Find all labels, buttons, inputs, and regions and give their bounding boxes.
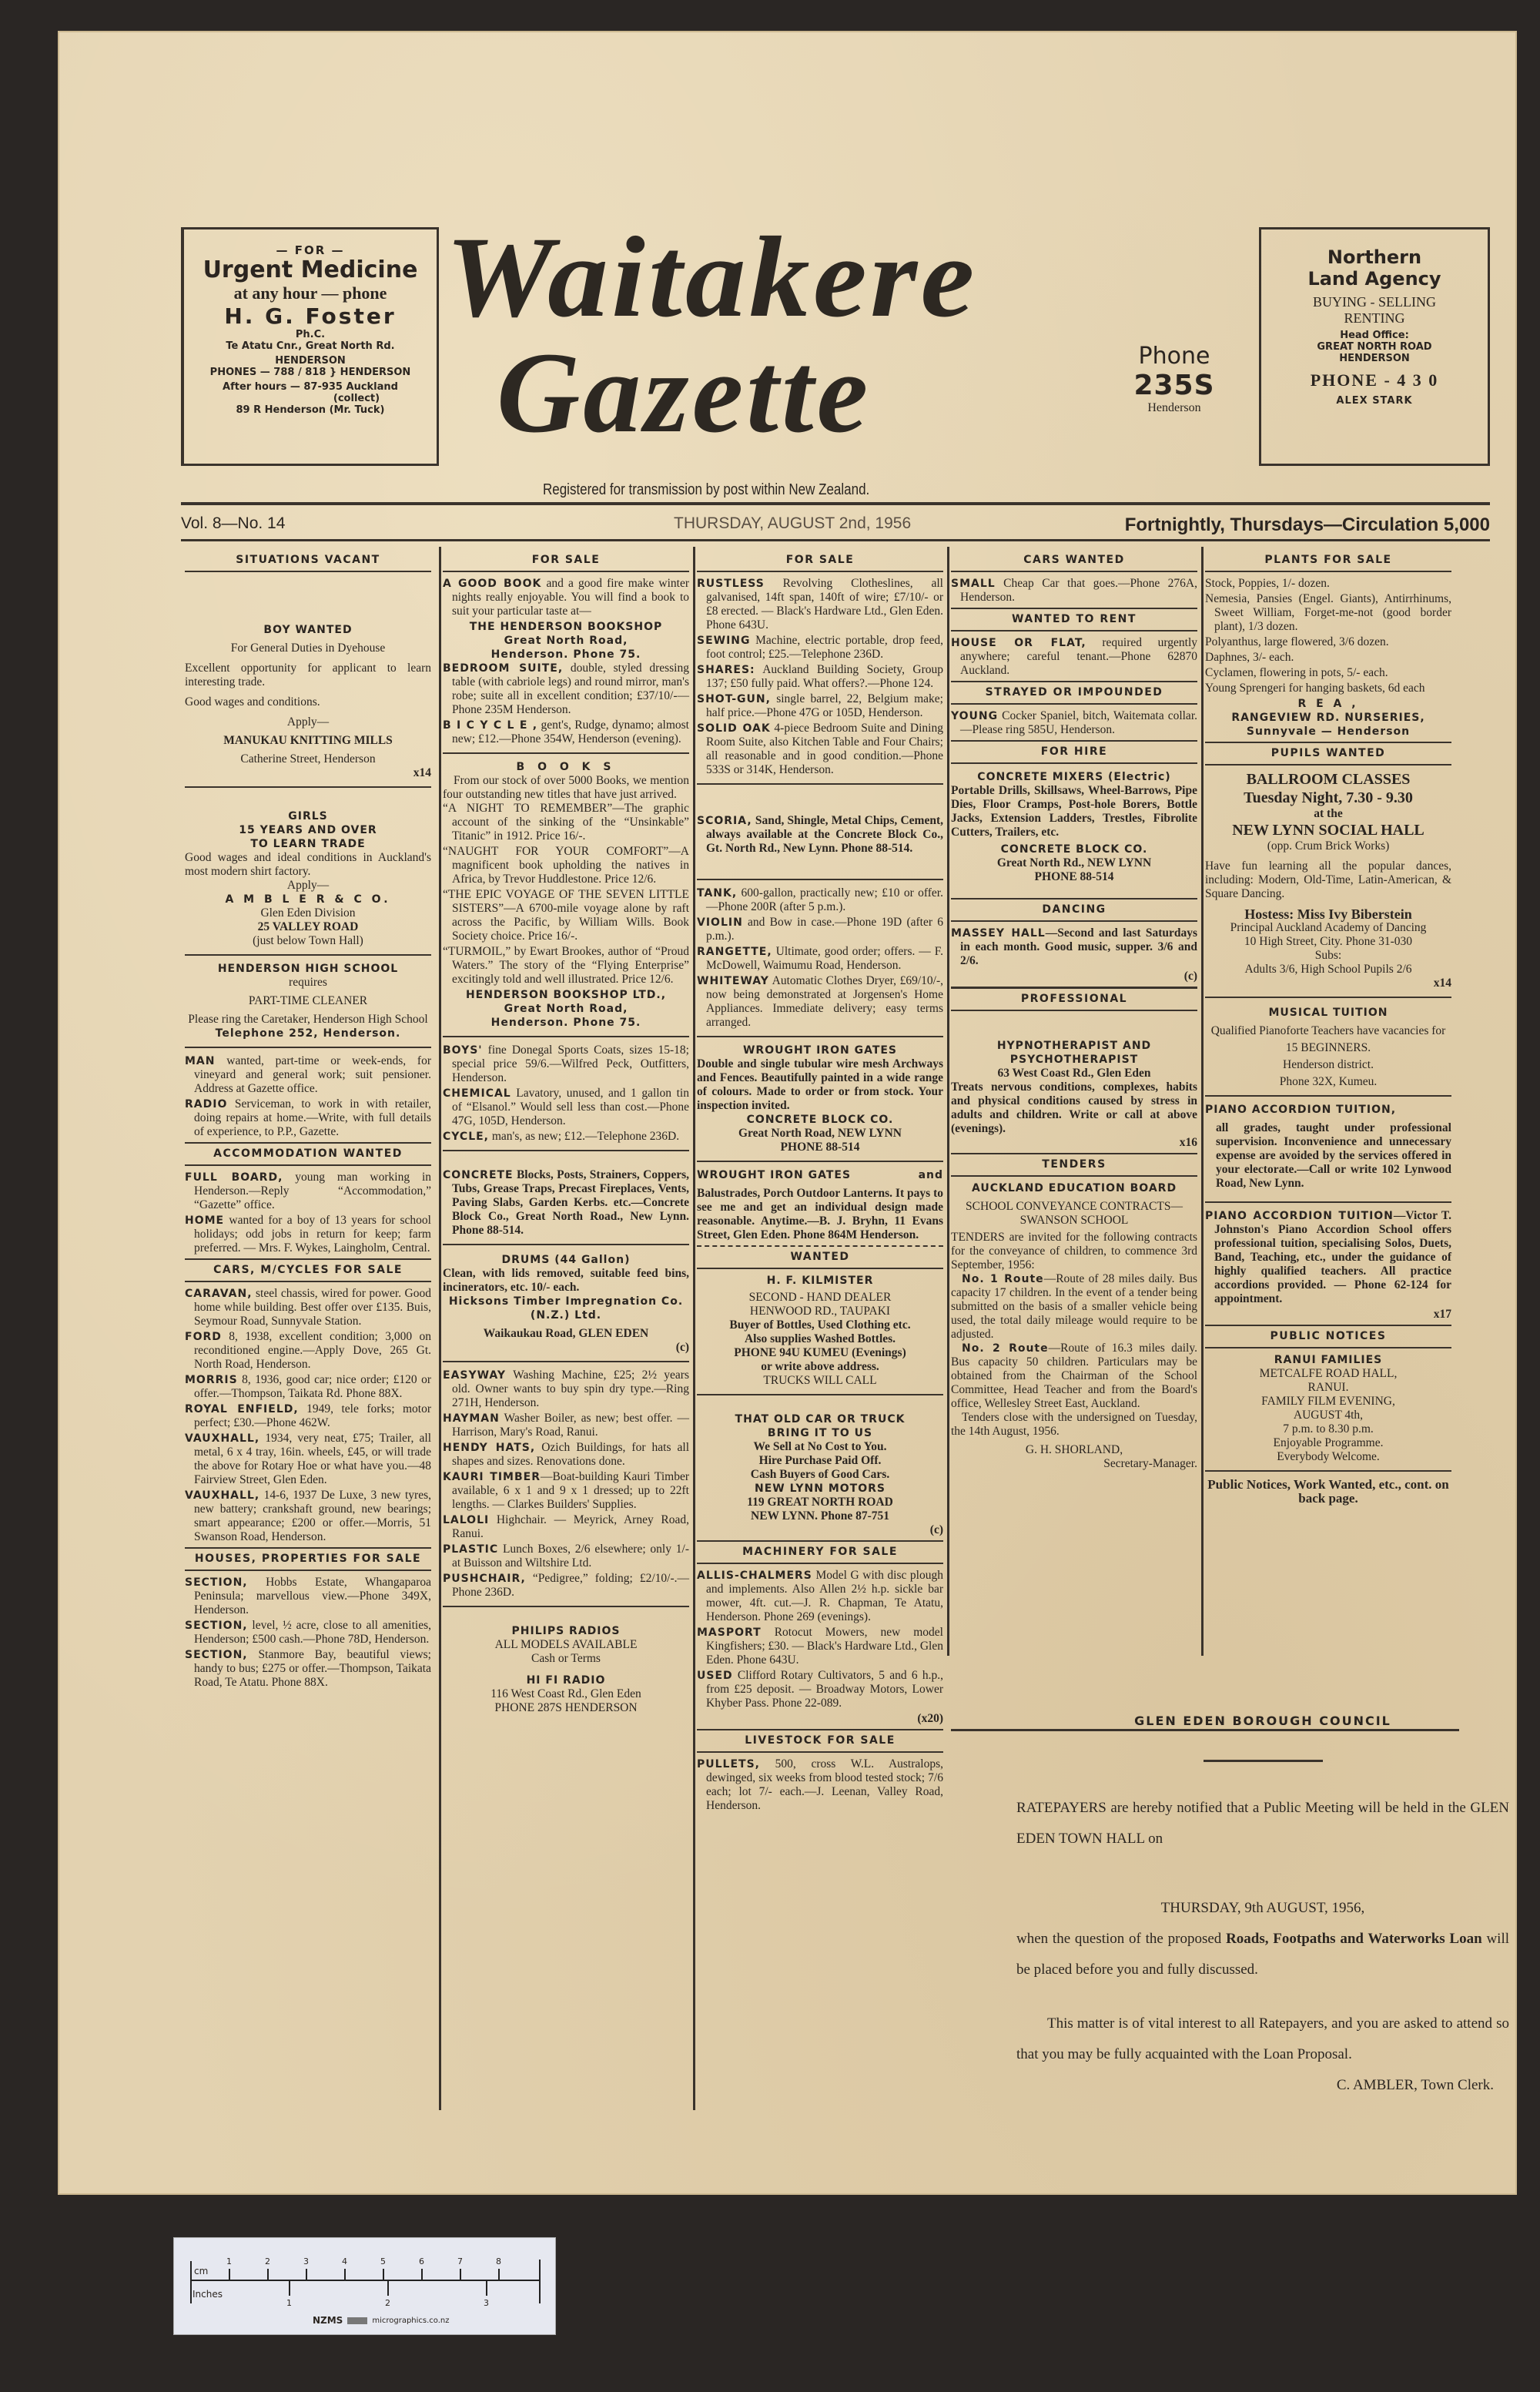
ad-keyword: USED <box>697 1670 733 1682</box>
ad-text: 8, 1938, excellent condition; 3,000 on r… <box>194 1330 431 1371</box>
ad-text: SCHOOL CONVEYANCE CONTRACTS—SWANSON SCHO… <box>951 1200 1197 1228</box>
column-plants: PLANTS FOR SALE Stock, Poppies, 1/- doze… <box>1205 547 1451 1506</box>
ad-text: Please ring the Caretaker, Henderson Hig… <box>185 1013 431 1027</box>
ad-phone: NEW LYNN. Phone 87-751 <box>697 1509 943 1523</box>
ad-title: HI FI RADIO <box>443 1673 689 1687</box>
ad-text: Enjoyable Programme. <box>1205 1436 1451 1450</box>
ruler-tick: 6 <box>419 2256 424 2266</box>
ad-keyword: SHOT-GUN, <box>697 693 771 705</box>
ad-code: (c) <box>443 1341 689 1355</box>
ad-keyword: A GOOD BOOK <box>443 578 541 590</box>
divider <box>1205 1470 1451 1472</box>
council-notice: GLEN EDEN BOROUGH COUNCIL RATEPAYERS are… <box>1009 1667 1517 2101</box>
section-heading: ACCOMMODATION WANTED <box>185 1142 431 1166</box>
ear-for: — FOR — <box>192 243 429 257</box>
ad-keyword: SCORIA, <box>697 815 752 827</box>
ad-code: x16 <box>951 1136 1197 1150</box>
section-heading: PLANTS FOR SALE <box>1205 550 1451 572</box>
ad-firm: CONCRETE BLOCK CO. <box>697 1113 943 1127</box>
divider <box>443 752 689 754</box>
ad-text: (opp. Crum Brick Works) <box>1205 839 1451 853</box>
ruler-tick: 1 <box>226 2256 232 2266</box>
ad-keyword: BOYS' <box>443 1044 483 1057</box>
section-heading: FOR HIRE <box>951 740 1197 764</box>
ear-after-hours: After hours — 87-935 Auckland <box>192 381 429 393</box>
ad-text: (just below Town Hall) <box>185 934 431 948</box>
volume-number: Vol. 8—No. 14 <box>181 514 285 533</box>
ear-address: Te Atatu Cnr., Great North Rd. <box>192 340 429 352</box>
divider <box>443 1361 689 1362</box>
ruler-tick: 1 <box>286 2298 292 2308</box>
ad-text: TRUCKS WILL CALL <box>697 1374 943 1388</box>
section-heading: WANTED <box>697 1245 943 1269</box>
ad-text: Treats nervous conditions, complexes, ha… <box>951 1080 1197 1136</box>
brand-name: NZMS <box>313 2315 343 2326</box>
ruler-tick: 7 <box>457 2256 463 2266</box>
agency-person: ALEX STARK <box>1269 395 1480 407</box>
ad-text: ALL MODELS AVAILABLE <box>443 1638 689 1652</box>
ad-firm: H. F. KILMISTER <box>697 1274 943 1288</box>
ad-text: We Sell at No Cost to You. <box>697 1440 943 1454</box>
column-for-sale-2: FOR SALE RUSTLESS Revolving Clotheslines… <box>697 547 943 1814</box>
ad-keyword: SHARES: <box>697 664 755 676</box>
ad-text: Cash Buyers of Good Cars. <box>697 1468 943 1482</box>
ad-keyword: RANGETTE, <box>697 946 772 958</box>
agency-address: GREAT NORTH ROAD <box>1269 341 1480 353</box>
ruler-tick: 2 <box>385 2298 390 2308</box>
plant-listing: Stock, Poppies, 1/- dozen. <box>1205 577 1451 591</box>
ad-keyword: YOUNG <box>951 710 998 722</box>
divider <box>443 1036 689 1037</box>
ad-keyword: HOUSE OR FLAT, <box>951 637 1086 649</box>
ad-title: MUSICAL TUITION <box>1205 1006 1451 1020</box>
ad-title: DRUMS (44 Gallon) <box>443 1253 689 1267</box>
ruler-tick: 2 <box>265 2256 270 2266</box>
loan-name: Roads, Footpaths and Waterworks Loan <box>1226 1931 1482 1947</box>
ad-text: Great North Rd., NEW LYNN <box>951 856 1197 870</box>
divider <box>185 954 431 956</box>
section-heading: CARS WANTED <box>951 550 1197 572</box>
left-ear-advert: — FOR — Urgent Medicine at any hour — ph… <box>181 227 439 466</box>
ear-collect: (collect) <box>192 393 429 404</box>
ad-title: BALLROOM CLASSES <box>1205 770 1451 789</box>
ruler-tick: 8 <box>496 2256 501 2266</box>
newspaper-page: — FOR — Urgent Medicine at any hour — ph… <box>58 31 1517 2195</box>
ad-firm: R E A , <box>1205 697 1451 711</box>
ad-title: WROUGHT IRON GATES <box>697 1168 851 1182</box>
divider <box>697 879 943 880</box>
ad-keyword: RADIO <box>185 1098 227 1111</box>
ad-text: 7 p.m. to 8.30 p.m. <box>1205 1422 1451 1436</box>
issue-date: THURSDAY, AUGUST 2nd, 1956 <box>674 514 911 533</box>
agency-services: BUYING - SELLING <box>1269 294 1480 310</box>
ad-text: 116 West Coast Rd., Glen Eden <box>443 1687 689 1701</box>
ad-phone: Telephone 252, Henderson. <box>185 1027 431 1040</box>
brand-logo-icon <box>347 2317 367 2324</box>
ad-phone: PHONE 94U KUMEU (Evenings) <box>697 1346 943 1360</box>
ad-text: 63 West Coast Rd., Glen Eden <box>951 1067 1197 1080</box>
book-listing: “NAUGHT FOR YOUR COMFORT”—A magnificent … <box>443 845 689 886</box>
column-divider <box>439 547 441 2110</box>
scale-ruler: cm Inches 1 2 3 4 5 6 7 8 1 2 3 NZMS mic… <box>173 2237 556 2335</box>
ad-keyword: SOLID OAK <box>697 722 771 735</box>
ad-text: wanted, part-time or week-ends, for vine… <box>194 1054 431 1095</box>
ad-text: For General Duties in Dyehouse <box>185 642 431 655</box>
town-clerk-signature: C. AMBLER, Town Clerk. <box>1009 2070 1517 2101</box>
phone-label: Phone <box>1128 343 1220 370</box>
divider <box>1205 1095 1451 1097</box>
ad-text: SECOND - HAND DEALER <box>697 1291 943 1305</box>
ad-text: AUGUST 4th, <box>1205 1409 1451 1422</box>
plant-listing: Nemesia, Pansies (Engel. Giants), Antirr… <box>1205 592 1451 634</box>
column-wanted: CARS WANTED SMALL Cheap Car that goes.—P… <box>951 547 1197 1471</box>
section-heading: PUPILS WANTED <box>1205 742 1451 766</box>
ad-text: TENDERS are invited for the following co… <box>951 1231 1197 1272</box>
ad-keyword: HAYMAN <box>443 1412 500 1425</box>
notice-underline <box>1204 1760 1323 1762</box>
phone-town: Henderson <box>1128 401 1220 415</box>
ad-text: Buyer of Bottles, Used Clothing etc. <box>697 1318 943 1332</box>
ad-keyword: CARAVAN, <box>185 1288 253 1300</box>
book-listing: “TURMOIL,” by Ewart Brookes, author of “… <box>443 945 689 987</box>
plant-listing: Daphnes, 3/- each. <box>1205 651 1451 665</box>
ad-title: GIRLS <box>185 809 431 823</box>
column-divider <box>1201 547 1204 1656</box>
ad-keyword: MASSEY HALL <box>951 927 1046 940</box>
ad-firm: HENDERSON BOOKSHOP LTD., <box>443 988 689 1002</box>
ad-keyword: SMALL <box>951 578 996 590</box>
ad-title: WROUGHT IRON GATES <box>697 1044 943 1057</box>
column-divider <box>947 547 949 1656</box>
section-heading: FOR SALE <box>443 550 689 572</box>
ad-text: Great North Road, NEW LYNN <box>697 1127 943 1141</box>
ad-title: PHILIPS RADIOS <box>443 1624 689 1638</box>
ad-phone: PHONE 88-514 <box>697 1141 943 1154</box>
ad-keyword: FULL BOARD, <box>185 1171 283 1184</box>
ad-phone: 10 High Street, City. Phone 31-030 <box>1205 935 1451 949</box>
plant-listing: Polyanthus, large flowered, 3/6 dozen. <box>1205 635 1451 649</box>
ad-keyword: ALLIS-CHALMERS <box>697 1570 812 1582</box>
ad-text: Also supplies Washed Bottles. <box>697 1332 943 1346</box>
registration-note: Registered for transmission by post with… <box>543 481 869 499</box>
ear-alt: 89 R Henderson (Mr. Tuck) <box>192 404 429 416</box>
divider <box>443 1150 689 1151</box>
section-heading: HOUSES, PROPERTIES FOR SALE <box>185 1547 431 1571</box>
ad-firm: MANUKAU KNITTING MILLS <box>185 734 431 748</box>
masthead: — FOR — Urgent Medicine at any hour — ph… <box>181 227 1490 497</box>
ad-keyword: CHEMICAL <box>443 1087 511 1100</box>
plant-listing: Cyclamen, flowering in pots, 5/- each. <box>1205 666 1451 680</box>
ad-keyword: No. 2 Route <box>962 1342 1049 1355</box>
section-heading: PROFESSIONAL <box>951 987 1197 1011</box>
ear-phones: PHONES — 788 / 818 } HENDERSON <box>192 367 429 378</box>
ad-text: Henderson district. <box>1205 1058 1451 1072</box>
ad-text: Cheap Car that goes.—Phone 276A, Henders… <box>960 577 1197 604</box>
ad-keyword: PLASTIC <box>443 1543 498 1556</box>
ad-keyword: FORD <box>185 1331 222 1343</box>
ad-text: Qualified Pianoforte Teachers have vacan… <box>1205 1024 1451 1038</box>
divider <box>443 1244 689 1245</box>
divider <box>185 1047 431 1048</box>
dateline: Vol. 8—No. 14 THURSDAY, AUGUST 2nd, 1956… <box>181 514 1490 538</box>
ad-firm: NEW LYNN MOTORS <box>697 1482 943 1496</box>
ad-text: Apply— <box>185 879 431 893</box>
section-heading: MACHINERY FOR SALE <box>697 1540 943 1564</box>
section-heading: SITUATIONS VACANT <box>185 550 431 572</box>
ad-keyword: SECTION, <box>185 1620 248 1632</box>
divider <box>697 1161 943 1162</box>
circulation: Fortnightly, Thursdays—Circulation 5,000 <box>1125 514 1490 536</box>
ruler-tick: 3 <box>484 2298 489 2308</box>
ear-line2: at any hour — phone <box>192 283 429 303</box>
column-divider <box>693 547 695 2110</box>
agency-head-office: Head Office: <box>1269 330 1480 341</box>
ad-keyword: SECTION, <box>185 1649 248 1661</box>
section-heading: TENDERS <box>951 1153 1197 1177</box>
ad-text: requires <box>185 976 431 990</box>
ad-keyword: SECTION, <box>185 1576 248 1589</box>
ruler-tick: 3 <box>303 2256 309 2266</box>
ad-text: Portable Drills, Skillsaws, Wheel-Barrow… <box>951 784 1197 839</box>
ad-text: Everybody Welcome. <box>1205 1450 1451 1464</box>
ad-title: Tuesday Night, 7.30 - 9.30 <box>1205 789 1451 807</box>
ad-code: (c) <box>951 970 1197 983</box>
ad-keyword: VAUXHALL, <box>185 1489 259 1502</box>
agency-name2: Land Agency <box>1269 268 1480 290</box>
section-heading: CARS, M/CYCLES FOR SALE <box>185 1258 431 1282</box>
notice-title: GLEN EDEN BOROUGH COUNCIL <box>1009 1706 1517 1737</box>
notice-text: when the question of the proposed <box>1016 1931 1226 1947</box>
ad-keyword: EASYWAY <box>443 1369 506 1382</box>
ad-firm: Hicksons Timber Impregnation Co. (N.Z.) … <box>443 1295 689 1322</box>
ad-text: HENWOOD RD., TAUPAKI <box>697 1305 943 1318</box>
ear-qual: Ph.C. <box>192 329 429 340</box>
ad-keyword: VIOLIN <box>697 916 743 929</box>
ad-keyword: MORRIS <box>185 1374 238 1386</box>
ruler-tick: 5 <box>380 2256 386 2266</box>
ad-text: wanted for a boy of 13 years for school … <box>194 1214 431 1255</box>
ad-text: or write above address. <box>697 1360 943 1374</box>
ad-keyword: HOME <box>185 1214 224 1227</box>
ad-text: Glen Eden Division <box>185 906 431 920</box>
brand-site: micrographics.co.nz <box>372 2317 449 2325</box>
ad-keyword: SEWING <box>697 635 751 647</box>
ad-phone: Henderson. Phone 75. <box>443 1016 689 1030</box>
ear-name: H. G. Foster <box>192 303 429 329</box>
ad-text: 15 BEGINNERS. <box>1205 1041 1451 1055</box>
ad-text: Adults 3/6, High School Pupils 2/6 <box>1205 963 1451 977</box>
ruler-brand: NZMS micrographics.co.nz <box>313 2315 450 2326</box>
section-heading: LIVESTOCK FOR SALE <box>697 1729 943 1753</box>
section-heading: WANTED TO RENT <box>951 608 1197 632</box>
divider <box>697 783 943 785</box>
right-ear-advert: Northern Land Agency BUYING - SELLING RE… <box>1259 227 1490 466</box>
ad-phone: Henderson. Phone 75. <box>443 648 689 662</box>
ad-text: Have fun learning all the popular dances… <box>1205 859 1451 901</box>
ad-phone: PHONE 88-514 <box>951 870 1197 884</box>
divider <box>1205 997 1451 998</box>
ad-keyword: PULLETS, <box>697 1758 760 1771</box>
ad-keyword: HENDY HATS, <box>443 1442 535 1454</box>
ad-host: Hostess: Miss Ivy Biberstein <box>1205 907 1451 921</box>
ad-text: Good wages and conditions. <box>185 695 431 709</box>
ad-keyword: RUSTLESS <box>697 578 765 590</box>
ad-text: Hire Purchase Paid Off. <box>697 1454 943 1468</box>
ad-text: Balustrades, Porch Outdoor Lanterns. It … <box>697 1187 943 1242</box>
ad-text: Waikaukau Road, GLEN EDEN <box>443 1327 689 1341</box>
ad-text: 600-gallon, practically new; £10 or offe… <box>706 886 943 913</box>
divider <box>185 786 431 788</box>
ad-text: Clifford Rotary Cultivators, 5 and 6 h.p… <box>706 1669 943 1710</box>
ad-firm: CONCRETE BLOCK CO. <box>951 843 1197 856</box>
ad-title: BRING IT TO US <box>697 1426 943 1440</box>
ad-keyword: PUSHCHAIR, <box>443 1573 526 1585</box>
divider <box>697 1394 943 1395</box>
ad-text: PART-TIME CLEANER <box>185 994 431 1008</box>
meeting-date: THURSDAY, 9th AUGUST, 1956, <box>1009 1893 1517 1924</box>
masthead-rule <box>181 502 1490 505</box>
ad-title: 15 YEARS AND OVER <box>185 823 431 837</box>
ad-title: AUCKLAND EDUCATION BOARD <box>951 1181 1197 1195</box>
ad-text: METCALFE ROAD HALL, <box>1205 1367 1451 1381</box>
ad-keyword: TANK, <box>697 887 737 900</box>
ad-text: FAMILY FILM EVENING, <box>1205 1395 1451 1409</box>
book-listing: “THE EPIC VOYAGE OF THE SEVEN LITTLE SIS… <box>443 888 689 943</box>
agency-services2: RENTING <box>1269 310 1480 327</box>
ad-phone: Phone 32X, Kumeu. <box>1205 1075 1451 1089</box>
ad-text: Good wages and ideal conditions in Auckl… <box>185 851 431 879</box>
phone-number: 235S <box>1128 370 1220 401</box>
ad-text: Tenders close with the undersigned on Tu… <box>951 1411 1197 1439</box>
ad-text: Apply— <box>185 715 431 729</box>
ad-title: HYPNOTHERAPIST AND PSYCHOTHERAPIST <box>951 1039 1197 1067</box>
ad-title: THAT OLD CAR OR TRUCK <box>697 1412 943 1426</box>
signature: G. H. SHORLAND, <box>951 1443 1197 1457</box>
ad-keyword: LALOLI <box>443 1514 489 1526</box>
ad-text: 25 VALLEY ROAD <box>185 920 431 934</box>
divider <box>1205 1201 1451 1203</box>
ad-text: Great North Road, <box>443 1002 689 1016</box>
agency-name1: Northern <box>1269 246 1480 268</box>
title-waitakere: Waitakere <box>446 219 978 335</box>
gazette-phone: Phone 235S Henderson <box>1128 343 1220 415</box>
ad-text: From our stock of over 5000 Books, we me… <box>443 774 689 802</box>
continued-note: Public Notices, Work Wanted, etc., cont.… <box>1205 1478 1451 1506</box>
ad-keyword: MASPORT <box>697 1626 762 1639</box>
ad-keyword: BEDROOM SUITE, <box>443 662 563 675</box>
notice-text: RATEPAYERS are hereby notified that a Pu… <box>1009 1793 1517 1854</box>
ad-text: Sunnyvale — Henderson <box>1205 725 1451 739</box>
ad-title: NEW LYNN SOCIAL HALL <box>1205 821 1451 839</box>
ad-text: Clean, with lids removed, suitable feed … <box>443 1267 689 1295</box>
ad-text: man's, as new; £12.—Telephone 236D. <box>489 1130 679 1143</box>
ad-title: PIANO ACCORDION TUITION, <box>1205 1103 1451 1117</box>
ad-title: HENDERSON HIGH SCHOOL <box>185 962 431 976</box>
ruler-inch-label: Inches <box>192 2289 223 2300</box>
ad-phone: PHONE 287S HENDERSON <box>443 1701 689 1715</box>
divider <box>697 1036 943 1037</box>
ad-keyword: VAUXHALL, <box>185 1432 259 1445</box>
book-listing: “A NIGHT TO REMEMBER”—The graphic accoun… <box>443 802 689 843</box>
ruler-tick: 4 <box>342 2256 347 2266</box>
agency-phone: PHONE - 4 3 0 <box>1269 370 1480 390</box>
ad-text: Catherine Street, Henderson <box>185 752 431 766</box>
ad-text: Cash or Terms <box>443 1652 689 1666</box>
section-heading: FOR SALE <box>697 550 943 572</box>
ad-text: 119 GREAT NORTH ROAD <box>697 1496 943 1509</box>
ad-code: (c) <box>697 1523 943 1537</box>
ad-keyword: CONCRETE <box>443 1169 514 1181</box>
ad-code: x14 <box>185 766 431 780</box>
ad-keyword: KAURI TIMBER <box>443 1471 541 1483</box>
plant-listing: Young Sprengeri for hanging baskets, 6d … <box>1205 682 1451 695</box>
ad-firm: A M B L E R & C O. <box>185 893 431 906</box>
notice-text: This matter is of vital interest to all … <box>1009 2008 1517 2070</box>
ear-headline: Urgent Medicine <box>192 257 429 283</box>
ad-text: Great North Road, <box>443 634 689 648</box>
ad-text: Excellent opportunity for applicant to l… <box>185 662 431 689</box>
ad-code: x17 <box>1205 1308 1451 1322</box>
ad-keyword: PIANO ACCORDION TUITION <box>1205 1210 1394 1222</box>
section-heading: PUBLIC NOTICES <box>1205 1325 1451 1348</box>
ad-title: RANUI FAMILIES <box>1205 1353 1451 1367</box>
ad-keyword: MAN <box>185 1055 215 1067</box>
ad-text: fine Donegal Sports Coats, sizes 15-18; … <box>452 1044 689 1084</box>
ad-code: (x20) <box>697 1712 943 1726</box>
ad-text: and <box>919 1168 943 1182</box>
ad-text: Double and single tubular wire mesh Arch… <box>697 1057 943 1113</box>
ad-title: B O O K S <box>443 760 689 774</box>
column-for-sale-1: FOR SALE A GOOD BOOK and a good fire mak… <box>443 547 689 1715</box>
ad-text: Subs: <box>1205 949 1451 963</box>
ad-text: —Victor T. Johnston's Piano Accordion Sc… <box>1214 1209 1451 1305</box>
ad-firm: RANGEVIEW RD. NURSERIES, <box>1205 711 1451 725</box>
ad-keyword: WHITEWAY <box>697 975 769 987</box>
section-heading: STRAYED OR IMPOUNDED <box>951 681 1197 705</box>
ad-title: CONCRETE MIXERS (Electric) <box>951 770 1197 784</box>
ad-title: BOY WANTED <box>185 623 431 637</box>
ad-text: RANUI. <box>1205 1381 1451 1395</box>
ad-keyword: B I C Y C L E , <box>443 719 537 732</box>
ad-text: all grades, taught under professional su… <box>1205 1121 1451 1191</box>
dateline-rule <box>181 539 1490 541</box>
ad-title: TO LEARN TRADE <box>185 837 431 851</box>
ad-code: x14 <box>1205 977 1451 990</box>
column-situations: SITUATIONS VACANT BOY WANTED For General… <box>185 547 431 1691</box>
agency-town: HENDERSON <box>1269 353 1480 364</box>
ad-text: Serviceman, to work in with retailer, do… <box>194 1097 431 1138</box>
newspaper-title: Waitakere Gazette Phone 235S Henderson <box>450 219 1220 466</box>
ear-town: HENDERSON <box>192 355 429 367</box>
ad-text: Principal Auckland Academy of Dancing <box>1205 921 1451 935</box>
title-gazette: Gazette <box>497 335 871 451</box>
ad-keyword: No. 1 Route <box>962 1273 1044 1285</box>
ruler-cm-label: cm <box>194 2266 208 2276</box>
ad-text: at the <box>1205 807 1451 821</box>
signature-role: Secretary-Manager. <box>951 1457 1197 1471</box>
divider <box>443 1606 689 1607</box>
section-heading: DANCING <box>951 898 1197 922</box>
ad-keyword: CYCLE, <box>443 1131 489 1143</box>
ad-keyword: ROYAL ENFIELD, <box>185 1403 299 1415</box>
ad-firm: THE HENDERSON BOOKSHOP <box>443 620 689 634</box>
